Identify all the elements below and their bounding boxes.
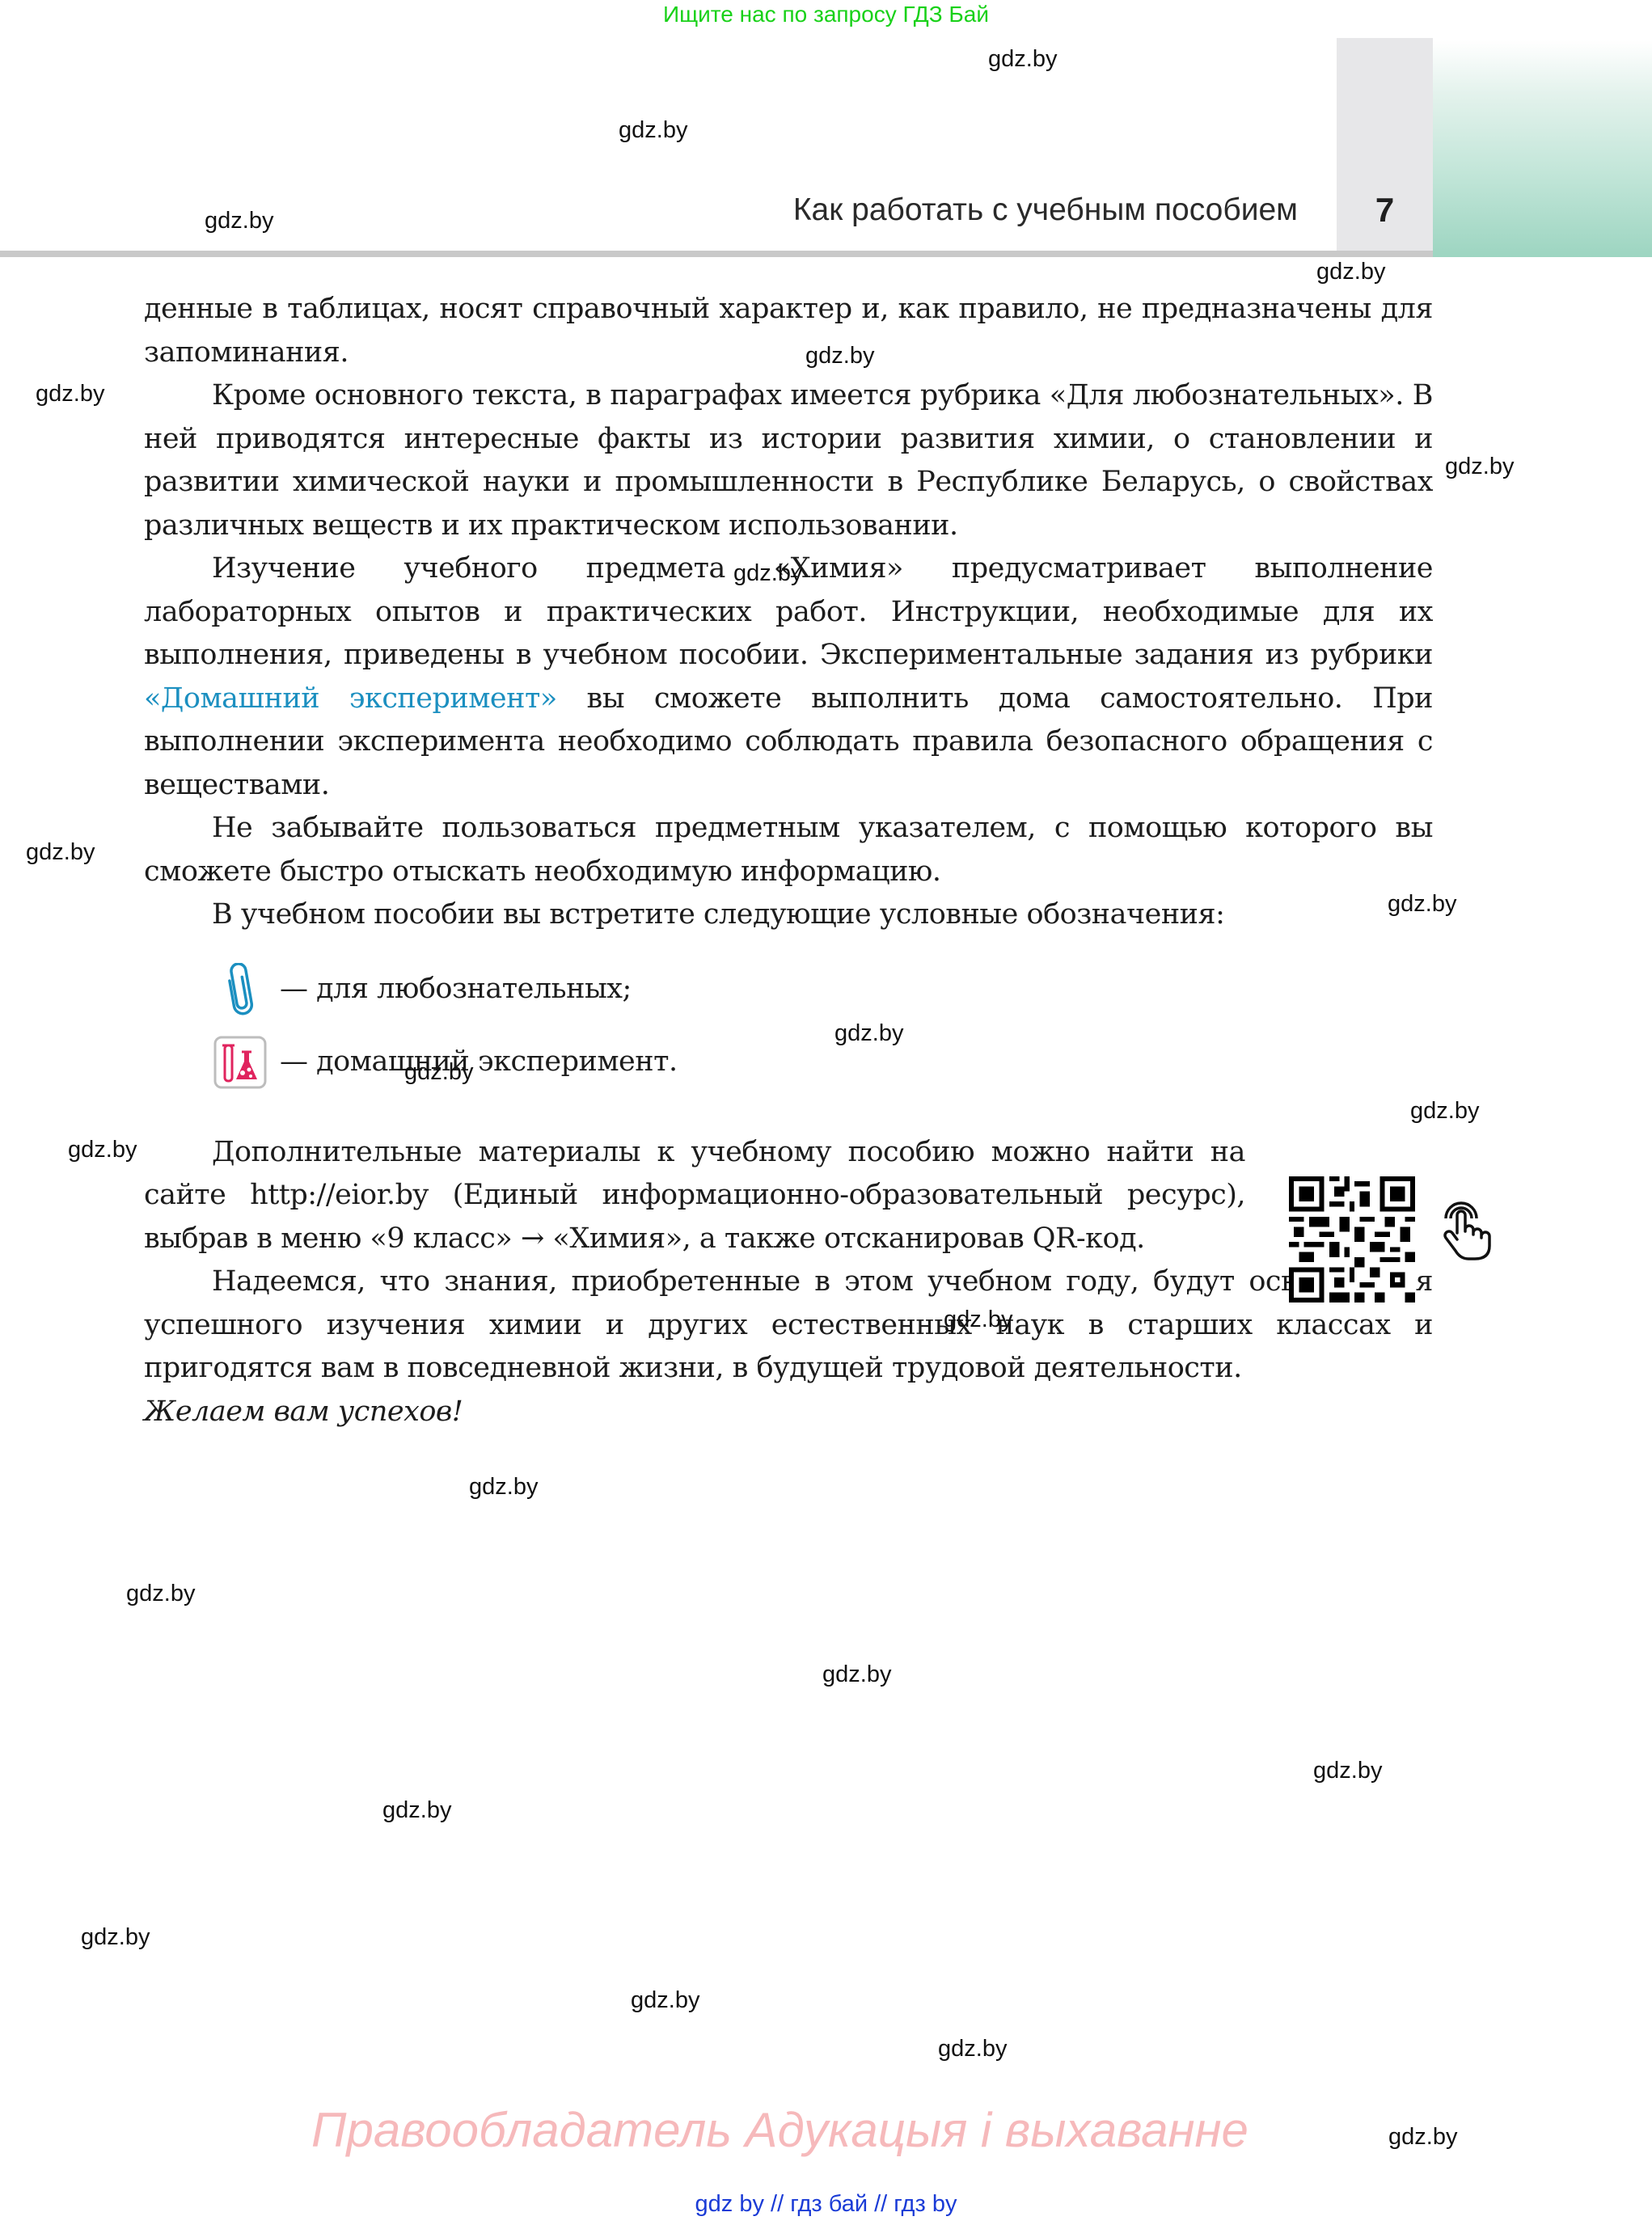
qr-code[interactable] [1289,1176,1415,1302]
watermark: gdz.by [631,1987,699,2014]
watermark: gdz.by [36,381,104,407]
running-title: Как работать с учебным пособием [793,192,1298,228]
legend-item-home-experiment: — домашний эксперимент. [144,1026,1433,1099]
legend-text: — для любознательных; [280,968,632,1011]
watermark: gdz.by [805,343,874,369]
header-green-band [1433,40,1652,257]
watermark: gdz.by [938,2036,1007,2062]
rights-holder-notice: Правообладатель Адукацыя і выхаванне [311,2102,1249,2158]
watermark: gdz.by [469,1474,538,1501]
watermark: gdz.by [126,1581,195,1607]
watermark: gdz.by [1316,259,1385,285]
paragraph: Не забывайте пользоваться предметным ука… [144,807,1433,893]
watermark: gdz.by [733,560,802,587]
watermark: gdz.by [1313,1758,1382,1784]
watermark: gdz.by [1410,1098,1479,1125]
watermark: gdz.by [1388,2124,1457,2151]
watermark: gdz.by [619,117,687,144]
watermark: gdz.by [834,1020,903,1047]
header-rule [0,251,1433,257]
watermark: gdz.by [205,208,273,234]
watermark: gdz.by [1388,891,1456,918]
watermark: gdz.by [944,1307,1012,1333]
paragraph: Кроме основного текста, в параграфах име… [144,374,1433,547]
legend-item-curious: — для любознательных; [144,953,1433,1026]
legend-text: — домашний эксперимент. [280,1041,678,1084]
watermark: gdz.by [382,1797,451,1824]
watermark: gdz.by [988,46,1057,73]
body-text: денные в таблицах, носят справочный хара… [144,288,1433,1433]
closing-wish: Желаем вам успехов! [144,1391,1433,1434]
watermark: gdz.by [81,1924,150,1951]
watermark: gdz.by [1445,454,1514,480]
watermark: gdz.by [404,1059,473,1086]
paragraph: В учебном пособии вы встретите следующие… [144,893,1433,937]
footer-links[interactable]: gdz by // гдз бай // гдз by [0,2191,1652,2218]
watermark: gdz.by [68,1137,137,1163]
page-number: 7 [1337,191,1433,230]
paragraph: Надеемся, что знания, приобретенные в эт… [144,1260,1433,1391]
paperclip-icon [212,961,268,1018]
lab-flask-icon [212,1034,268,1091]
paragraph: денные в таблицах, носят справочный хара… [144,288,1433,374]
paragraph: Дополнительные материалы к учебному посо… [144,1131,1245,1261]
watermark: gdz.by [822,1661,891,1688]
tap-finger-icon [1439,1201,1493,1262]
symbols-legend: — для любознательных; — домашний экспери… [144,953,1433,1099]
top-banner[interactable]: Ищите нас по запросу ГДЗ Бай [0,2,1652,27]
home-experiment-rubric: «Домашний эксперимент» [144,682,557,715]
watermark: gdz.by [26,839,95,866]
